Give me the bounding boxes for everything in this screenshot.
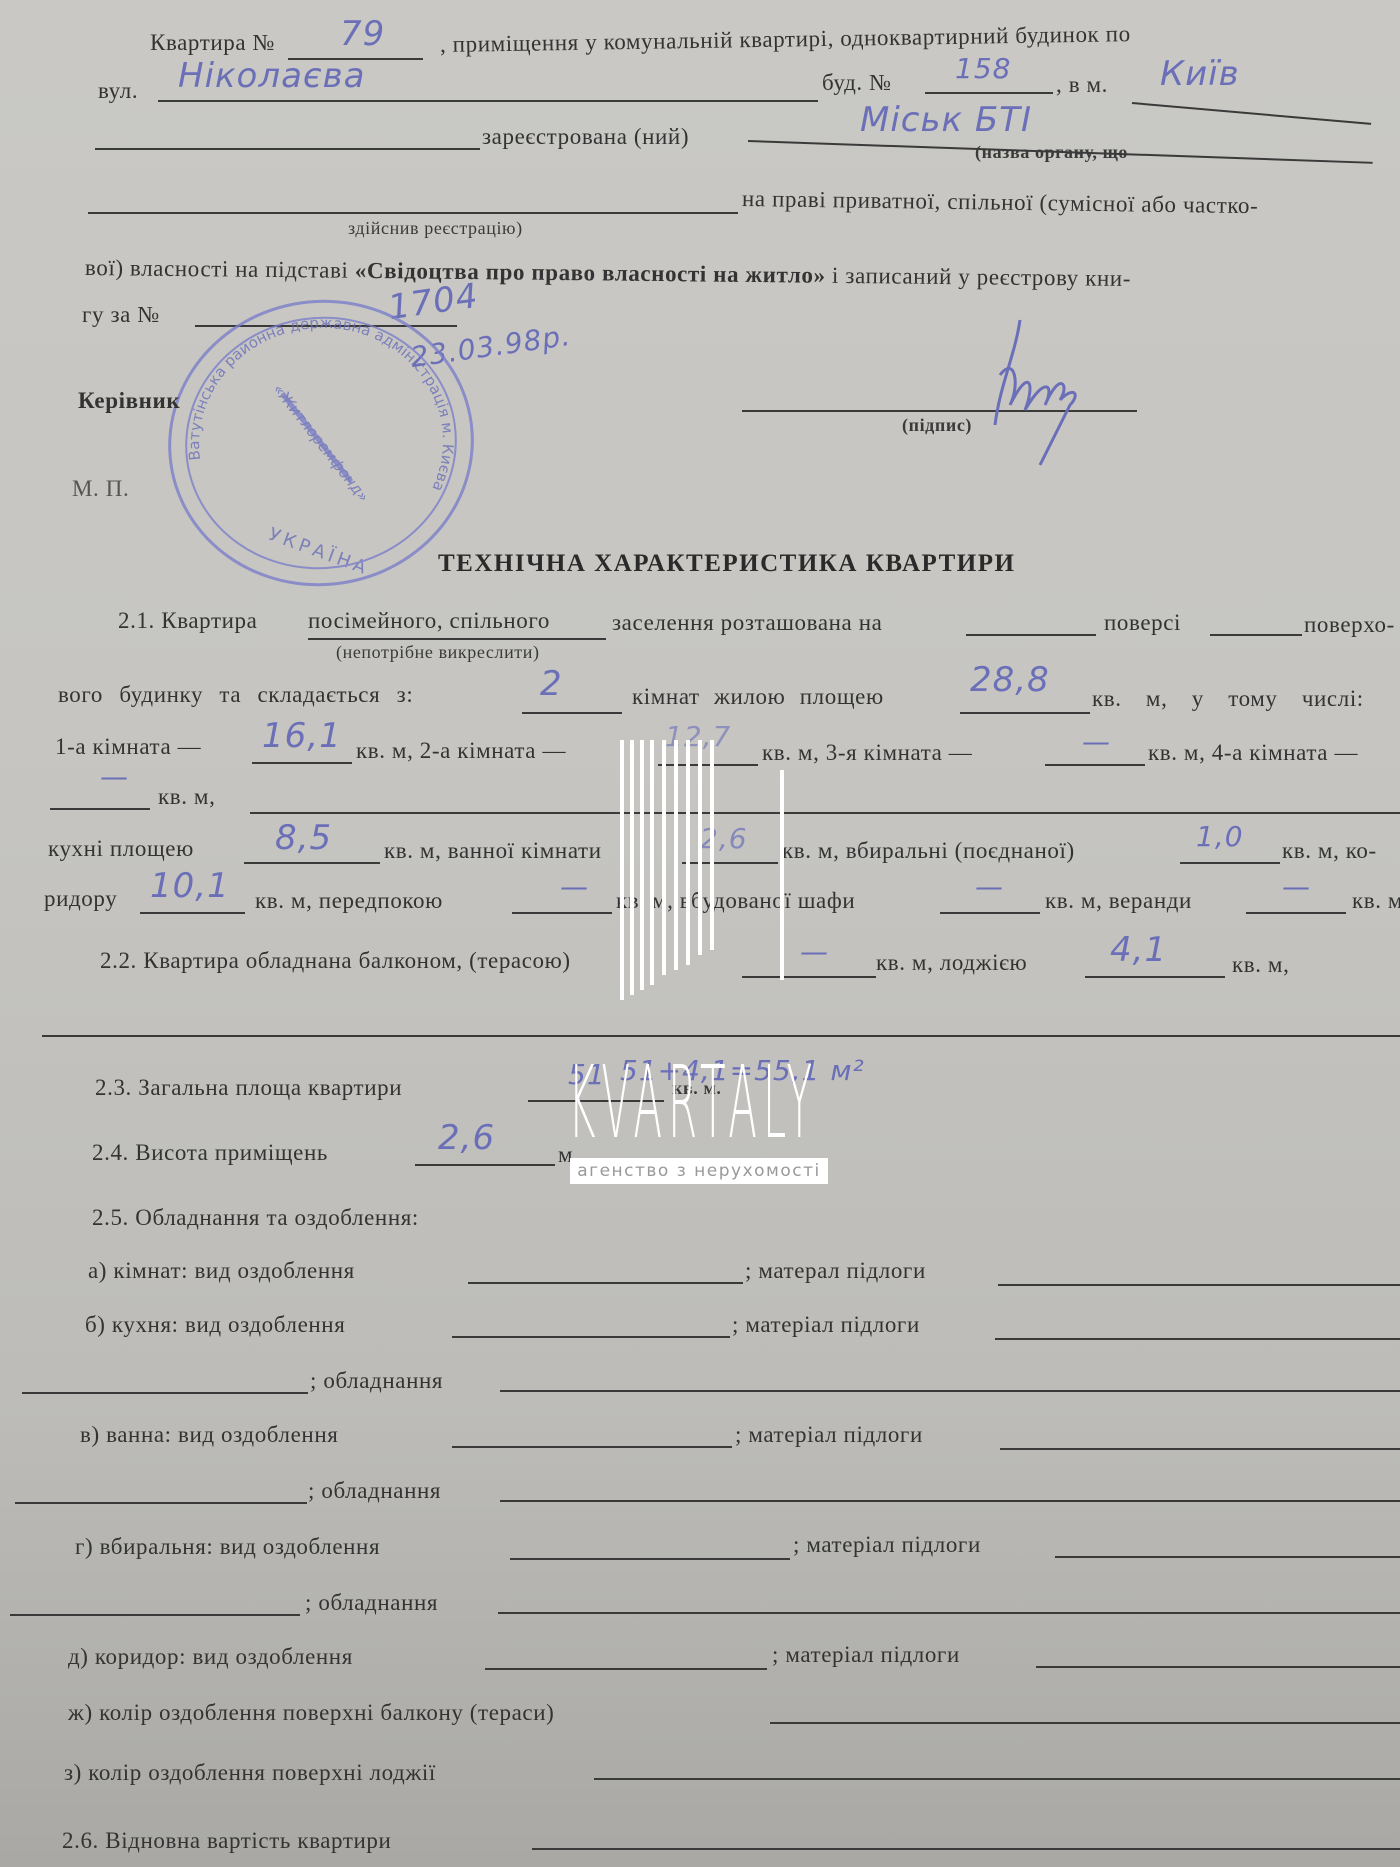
blank-line-long bbox=[250, 812, 1400, 814]
floor-material-line bbox=[995, 1338, 1400, 1340]
s25-row-b-b: ; матеріал підлоги bbox=[732, 1312, 920, 1338]
s25-row-d: г) вбиральня: вид оздоблення bbox=[75, 1534, 380, 1560]
blank-line-long bbox=[42, 1035, 1400, 1037]
s21-a: 2.1. Квартира bbox=[118, 608, 257, 634]
signature-icon bbox=[960, 315, 1120, 475]
blank-line bbox=[22, 1392, 308, 1394]
registrar-hint-2: здійснив реєстрацію) bbox=[348, 218, 523, 239]
registered-label: зареєстрована (ний) bbox=[482, 124, 689, 150]
s25-row-d-b: ; матеріал підлоги bbox=[793, 1532, 981, 1558]
street-line bbox=[158, 100, 818, 102]
living-area-value: 28,8 bbox=[970, 660, 1050, 700]
s25-row-a-b: ; матерал підлоги bbox=[745, 1258, 926, 1284]
street-label: вул. bbox=[98, 78, 138, 104]
finish-line bbox=[510, 1558, 790, 1560]
s21-f: кімнат жилою площею bbox=[632, 684, 884, 710]
veranda-unit: кв. м bbox=[1352, 888, 1400, 914]
section-title: ТЕХНІЧНА ХАРАКТЕРИСТИКА КВАРТИРИ bbox=[438, 550, 1015, 578]
apt-number: 79 bbox=[340, 14, 385, 54]
kitchen-line bbox=[244, 862, 380, 864]
room2-label: кв. м, 2-а кімната — bbox=[356, 738, 566, 764]
basis-before: вої) власності на підставі bbox=[85, 255, 355, 283]
hall-label: кв. м, передпокою bbox=[255, 888, 443, 914]
stamp-bar bbox=[280, 392, 353, 483]
s23-a: 2.3. Загальна площа квартири bbox=[95, 1075, 402, 1101]
s25-row-d-c: ; обладнання bbox=[305, 1590, 438, 1616]
s25-row-e-b: ; матеріал підлоги bbox=[772, 1642, 960, 1668]
s21-hint: (непотрібне викреслити) bbox=[336, 642, 540, 663]
s25-row-c-c: ; обладнання bbox=[308, 1478, 441, 1504]
veranda-label: кв. м, веранди bbox=[1045, 888, 1192, 914]
watermark-logo: KVARTALY bbox=[568, 1044, 818, 1161]
s21-e: вого будинку та складається з: bbox=[58, 682, 413, 708]
s25-row-a: а) кімнат: вид оздоблення bbox=[88, 1258, 355, 1284]
s21-c: поверсі bbox=[1104, 610, 1181, 636]
s26-a: 2.6. Відновна вартість квартири bbox=[62, 1828, 391, 1854]
s25-title: 2.5. Обладнання та оздоблення: bbox=[92, 1205, 419, 1231]
equipment-line bbox=[500, 1390, 1400, 1392]
s25-row-g: з) колір оздоблення поверхні лоджії bbox=[64, 1760, 436, 1786]
building-number: 158 bbox=[955, 52, 1011, 85]
room4-line bbox=[50, 808, 150, 810]
s25-row-c-b: ; матеріал підлоги bbox=[735, 1422, 923, 1448]
value-line bbox=[532, 1848, 1400, 1850]
closet-value: — bbox=[975, 870, 1004, 903]
hall-line bbox=[512, 912, 612, 914]
finish-line bbox=[452, 1336, 730, 1338]
s21-occupancy: посімейного, спільного bbox=[308, 608, 550, 634]
corridor-label-b: ридору bbox=[44, 886, 117, 912]
s25-row-c: в) ванна: вид оздоблення bbox=[80, 1422, 338, 1448]
equipment-line bbox=[500, 1500, 1400, 1502]
watermark-tagline: агенство з нерухомості bbox=[570, 1158, 828, 1184]
finish-line bbox=[452, 1446, 732, 1448]
corridor-line bbox=[140, 912, 245, 914]
room1-label: 1-а кімната — bbox=[55, 734, 201, 760]
watermark-bars bbox=[620, 740, 800, 1000]
registrar-value: Міськ БТІ bbox=[860, 100, 1032, 140]
head-label: Керівник bbox=[78, 388, 180, 414]
s22-c: кв. м, bbox=[1232, 952, 1289, 978]
blank-line bbox=[10, 1614, 300, 1616]
veranda-value: — bbox=[1282, 870, 1311, 903]
loggia-value: 4,1 bbox=[1110, 930, 1167, 970]
kitchen-value: 8,5 bbox=[275, 818, 332, 858]
veranda-line bbox=[1246, 912, 1346, 914]
basis-after: і записаний у реєстрову кни- bbox=[826, 263, 1132, 291]
equipment-line bbox=[498, 1612, 1400, 1614]
building-line bbox=[925, 92, 1053, 94]
rooms-line bbox=[522, 712, 622, 714]
city-line bbox=[1132, 102, 1371, 125]
seal-label: М. П. bbox=[72, 476, 129, 502]
blank-line bbox=[15, 1502, 307, 1504]
toilet-value: 1,0 bbox=[1196, 820, 1244, 853]
svg-text:Ватутінська районна державна а: Ватутінська районна державна адміністрац… bbox=[168, 296, 465, 529]
s21-g: кв. м, у тому числі: bbox=[1092, 686, 1364, 712]
room3-line bbox=[1045, 764, 1145, 766]
city-label: , в м. bbox=[1056, 72, 1108, 98]
apt-desc: , приміщення у комунальній квартирі, одн… bbox=[440, 21, 1131, 58]
floor-material-line bbox=[998, 1284, 1400, 1286]
street-value: Ніколаєва bbox=[178, 56, 365, 96]
occupancy-underline bbox=[308, 638, 606, 640]
blank-line bbox=[95, 148, 480, 150]
hall-value: — bbox=[560, 870, 589, 903]
room4-label: кв. м, 4-а кімната — bbox=[1148, 740, 1358, 766]
corridor-value: 10,1 bbox=[150, 866, 230, 906]
finish-line bbox=[485, 1668, 767, 1670]
stamp-center-text: «Житлоремфонд» bbox=[270, 381, 373, 506]
s22-b: кв. м, лоджією bbox=[876, 950, 1027, 976]
loggia-color-line bbox=[594, 1778, 1400, 1780]
kitchen-label: кухні площею bbox=[48, 836, 194, 862]
document-page: Квартира № 79 , приміщення у комунальній… bbox=[0, 0, 1400, 1867]
living-area-line bbox=[960, 712, 1090, 714]
bath-label: кв. м, ванної кімнати bbox=[384, 838, 602, 864]
s24-a: 2.4. Висота приміщень bbox=[92, 1140, 328, 1166]
floor-material-line bbox=[1000, 1448, 1400, 1450]
s25-row-b: б) кухня: вид оздоблення bbox=[85, 1312, 345, 1338]
floor-material-line bbox=[1055, 1556, 1400, 1558]
corridor-label-a: кв. м, ко- bbox=[1282, 838, 1377, 864]
s21-b: заселення розташована на bbox=[612, 610, 882, 636]
room4-value: — bbox=[100, 760, 129, 793]
rights-text: на праві приватної, спільної (сумісної а… bbox=[742, 186, 1259, 219]
s25-row-f: ж) колір оздоблення поверхні балкону (те… bbox=[68, 1700, 554, 1726]
closet-line bbox=[940, 912, 1040, 914]
apt-label: Квартира № bbox=[150, 30, 275, 56]
room1-line bbox=[252, 762, 352, 764]
loggia-line bbox=[1085, 976, 1225, 978]
balcony-value: — bbox=[800, 935, 829, 968]
height-line bbox=[415, 1164, 555, 1166]
finish-line bbox=[468, 1282, 743, 1284]
s22-a: 2.2. Квартира обладнана балконом, (терас… bbox=[100, 948, 571, 974]
s25-row-b-c: ; обладнання bbox=[310, 1368, 443, 1394]
rooms-value: 2 bbox=[540, 664, 563, 704]
book-label: гу за № bbox=[82, 302, 160, 328]
room3-value: — bbox=[1082, 725, 1111, 758]
balcony-color-line bbox=[770, 1722, 1400, 1724]
toilet-label: кв. м, вбиральні (поєднаної) bbox=[782, 838, 1075, 864]
floor-line bbox=[966, 634, 1096, 636]
s25-row-e: д) коридор: вид оздоблення bbox=[68, 1644, 353, 1670]
room1-value: 16,1 bbox=[262, 716, 342, 756]
basis-text: вої) власності на підставі «Свідоцтва пр… bbox=[85, 255, 1131, 292]
city-value: Київ bbox=[1160, 54, 1240, 94]
s21-d: поверхо- bbox=[1304, 612, 1395, 638]
unit-label: кв. м, bbox=[158, 784, 215, 810]
building-label: буд. № bbox=[822, 70, 892, 96]
toilet-line bbox=[1180, 862, 1280, 864]
height-value: 2,6 bbox=[438, 1118, 495, 1158]
floor-material-line bbox=[1036, 1666, 1400, 1668]
registrar-hint: (назва органу, що bbox=[975, 142, 1128, 163]
blank-line bbox=[88, 212, 738, 214]
floors-total-line bbox=[1210, 634, 1302, 636]
